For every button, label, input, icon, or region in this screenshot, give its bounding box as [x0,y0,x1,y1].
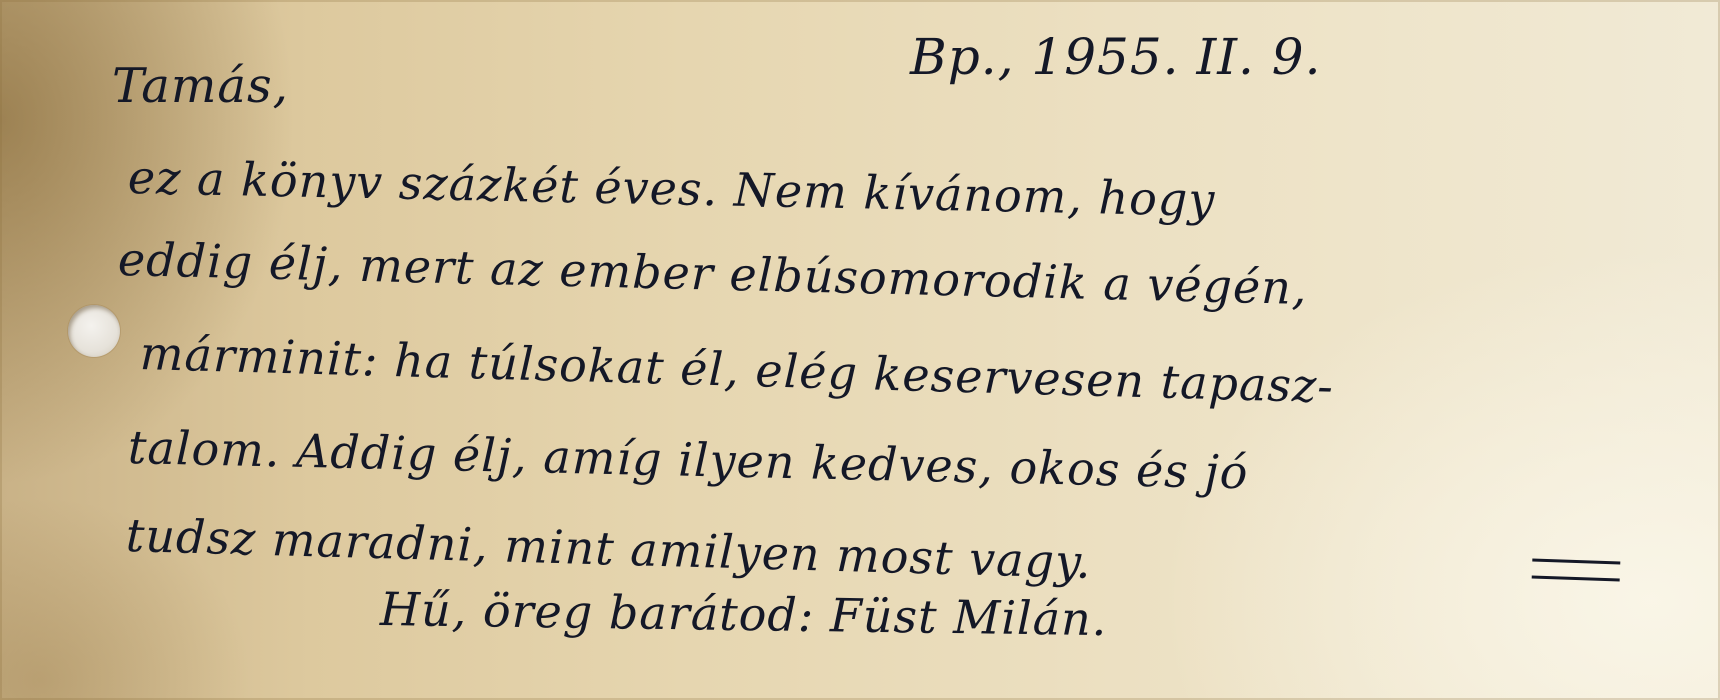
body-line-4: talom. Addig élj, amíg ilyen kedves, oko… [127,420,1249,499]
body-line-2: eddig élj, mert az ember elbúsomorodik a… [117,232,1308,315]
closing-signature: Hű, öreg barátod: Füst Milán. [380,582,1108,646]
punch-hole [68,305,120,357]
double-underline [1532,558,1621,581]
date-line: Bp., 1955. II. 9. [910,28,1321,86]
body-line-1: ez a könyv százkét éves. Nem kívánom, ho… [127,150,1215,227]
salutation: Tamás, [112,58,289,114]
dedication-card: Tamás, Bp., 1955. II. 9. ez a könyv száz… [0,0,1720,700]
body-line-3: márminit: ha túlsokat él, elég keservese… [139,326,1334,413]
body-line-5: tudsz maradni, mint amilyen most vagy. [125,508,1092,589]
